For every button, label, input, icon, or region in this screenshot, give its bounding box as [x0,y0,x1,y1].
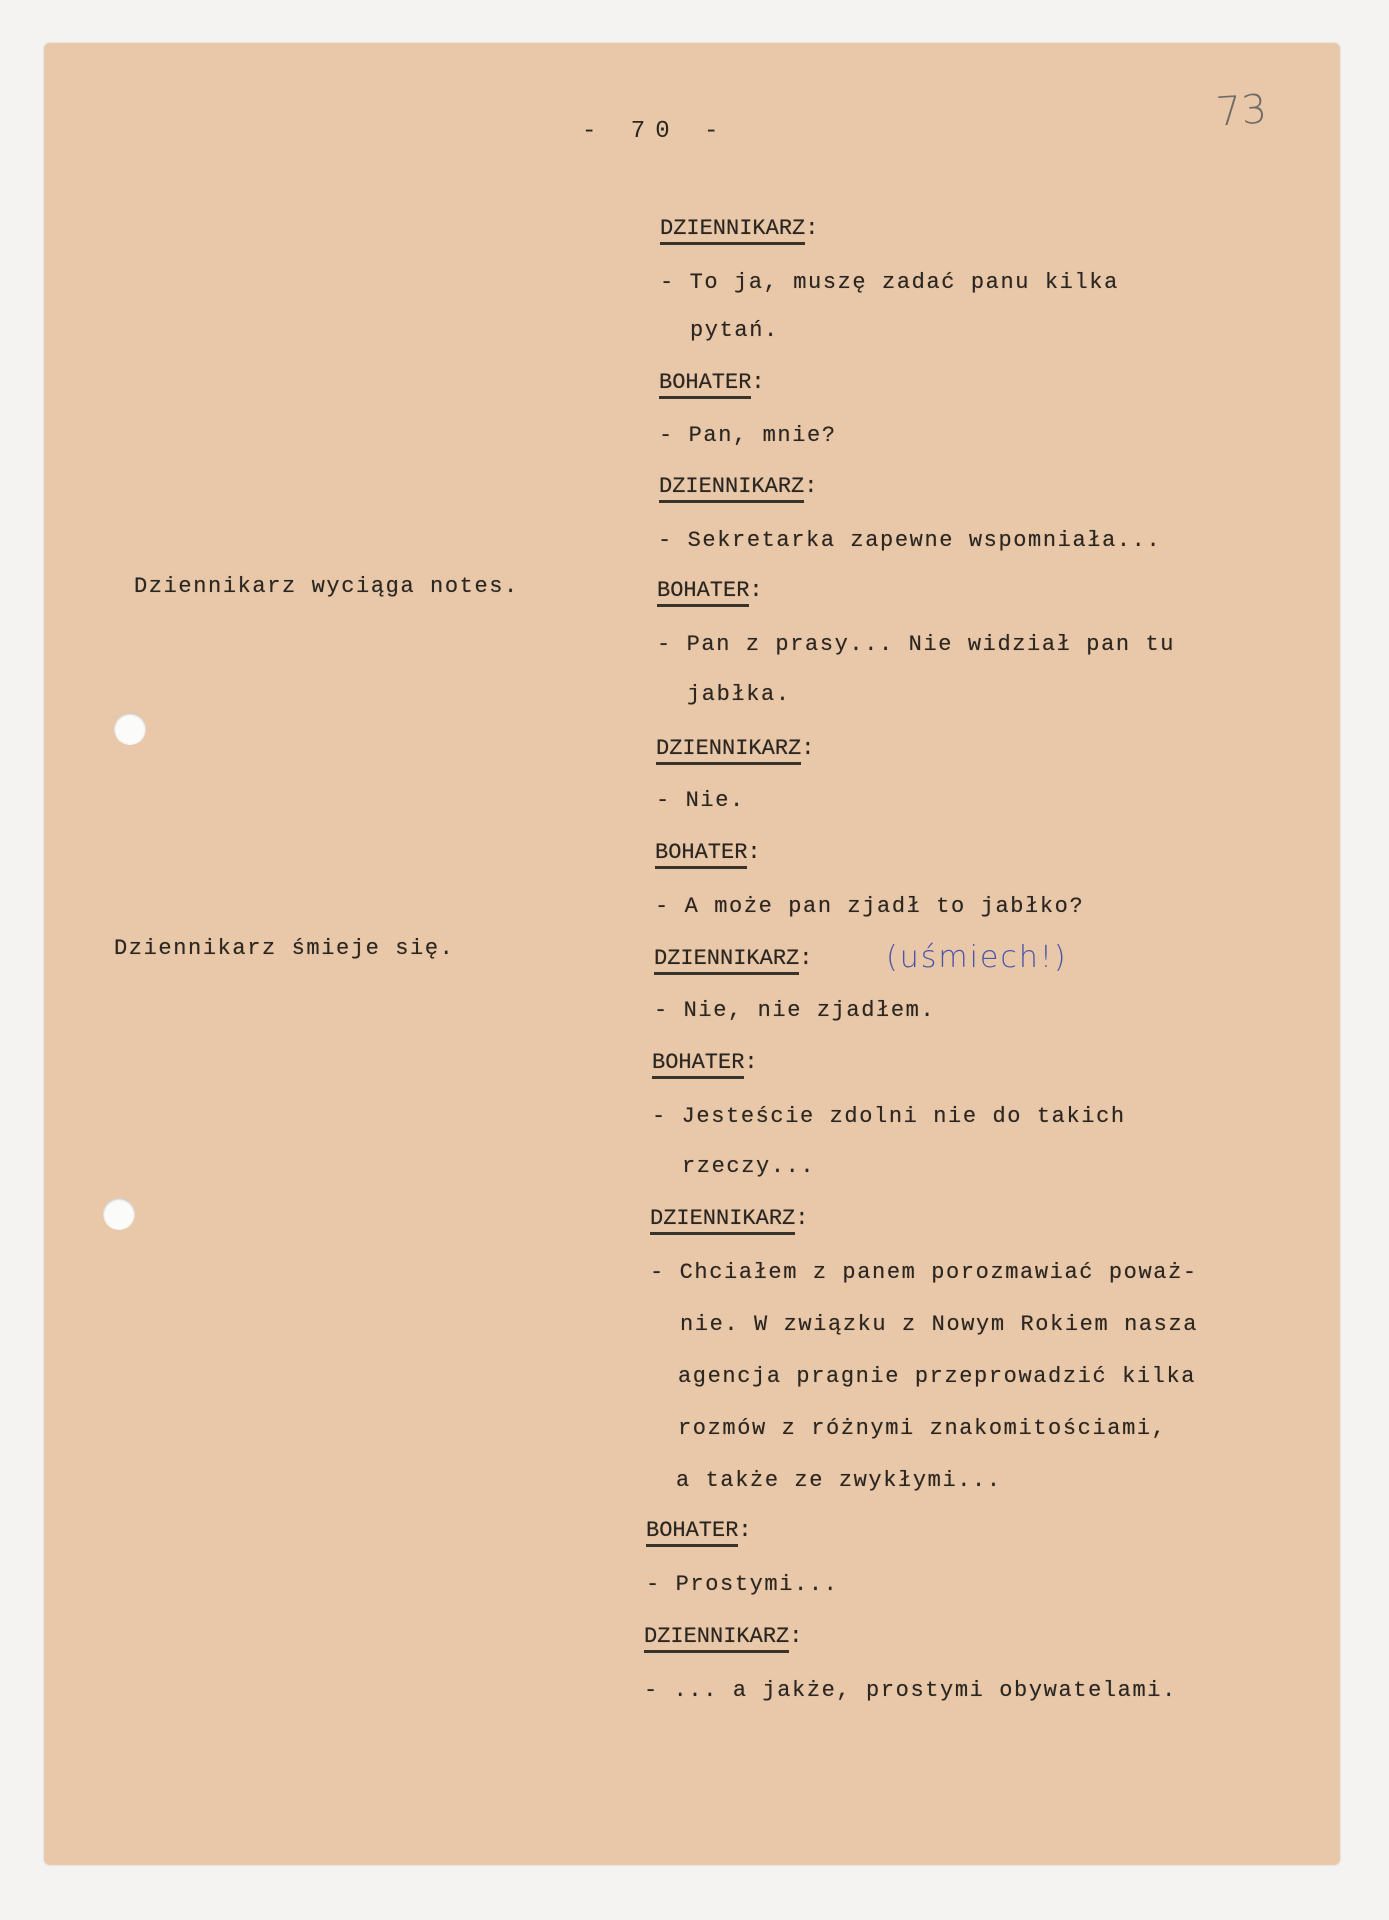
handwritten-annotation: (uśmiech!) [886,940,1068,975]
dialogue-line: jabłka. [687,682,791,707]
speaker-label: BOHATER: [646,1518,752,1543]
speaker-label: DZIENNIKARZ: [656,736,814,761]
speaker-label: DZIENNIKARZ: [660,216,818,241]
speaker-label: DZIENNIKARZ: [650,1206,808,1231]
dialogue-line: - Pan, mnie? [659,423,837,448]
dialogue-line: rzeczy... [682,1154,815,1179]
dialogue-line: - Prostymi... [646,1572,838,1597]
dialogue-line: agencja pragnie przeprowadzić kilka [678,1364,1196,1389]
dialogue-line: - Pan z prasy... Nie widział pan tu [657,632,1175,657]
speaker-label: BOHATER: [652,1050,758,1075]
speaker-label: BOHATER: [659,370,765,395]
dialogue-line: - Nie. [656,788,745,813]
dialogue-line: nie. W związku z Nowym Rokiem nasza [680,1312,1198,1337]
punch-hole [103,1198,135,1230]
dialogue-line: - Chciałem z panem porozmawiać poważ- [650,1260,1198,1285]
speaker-label: DZIENNIKARZ: [659,474,817,499]
speaker-label: BOHATER: [655,840,761,865]
stage-direction: Dziennikarz wyciąga notes. [134,574,519,599]
punch-hole [114,713,146,745]
dialogue-line: - To ja, muszę zadać panu kilka [660,270,1119,295]
archive-page-number: 73 [1214,86,1268,135]
dialogue-line: a także ze zwykłymi... [676,1468,1002,1493]
dialogue-line: - ... a jakże, prostymi obywatelami. [644,1678,1177,1703]
dialogue-line: pytań. [690,318,779,343]
page-number: - 70 - [582,118,728,145]
dialogue-line: rozmów z różnymi znakomitościami, [678,1416,1166,1441]
speaker-label: DZIENNIKARZ: [644,1624,802,1649]
stage-direction: Dziennikarz śmieje się. [114,936,454,961]
dialogue-line: - Nie, nie zjadłem. [654,998,935,1023]
speaker-label: DZIENNIKARZ: [654,946,812,971]
dialogue-line: - Sekretarka zapewne wspomniała... [658,528,1161,553]
dialogue-line: - Jesteście zdolni nie do takich [652,1104,1126,1129]
dialogue-line: - A może pan zjadł to jabłko? [655,894,1084,919]
speaker-label: BOHATER: [657,578,763,603]
